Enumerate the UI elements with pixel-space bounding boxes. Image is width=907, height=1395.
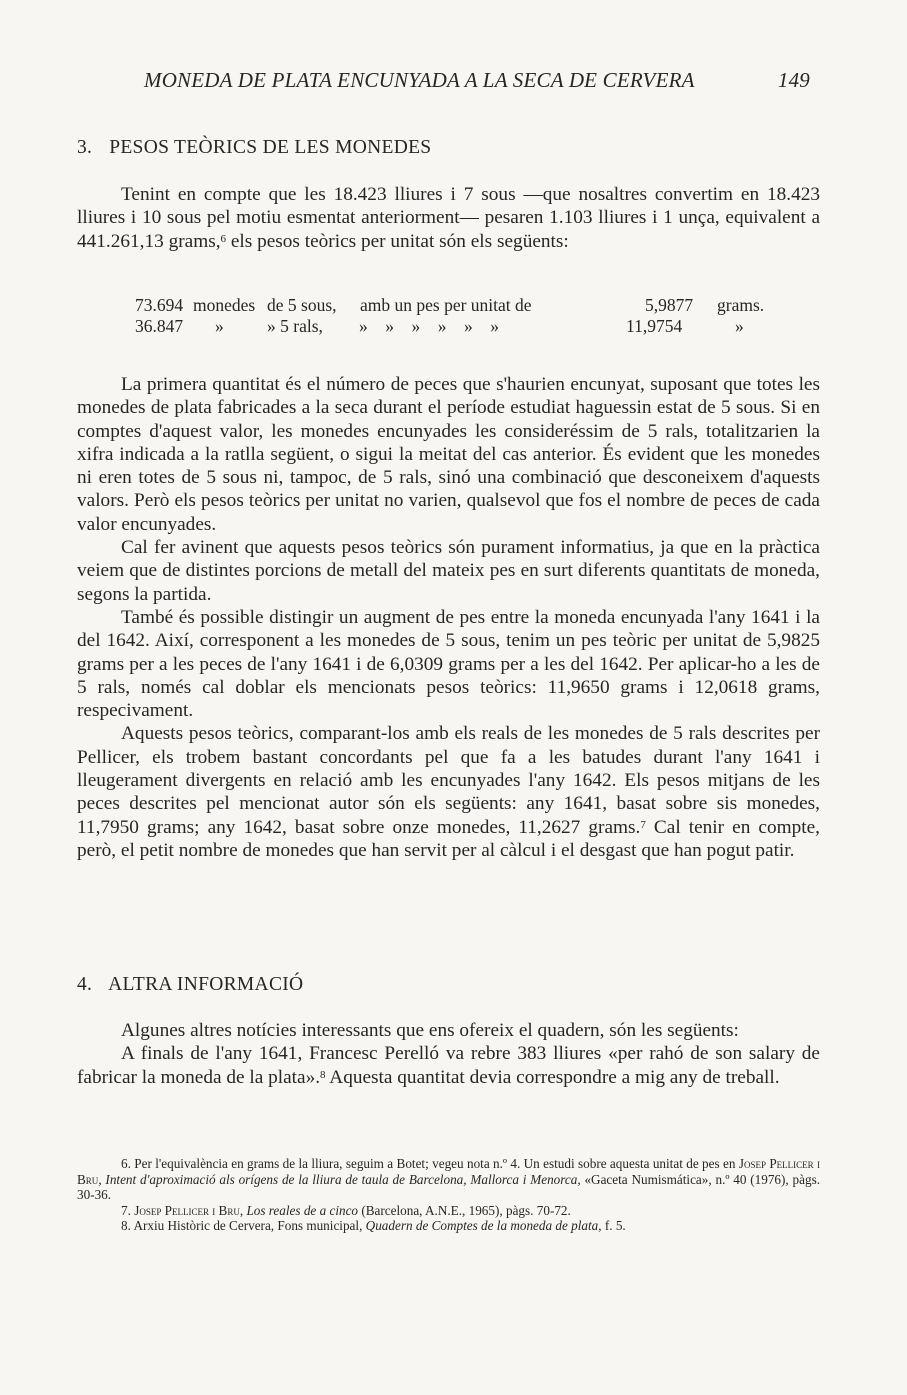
- section-3-body: La primera quantitat és el número de pec…: [77, 373, 820, 862]
- footnote-ref-8[interactable]: 8: [320, 1069, 326, 1081]
- section-3-intro: Tenint en compte que les 18.423 lliures …: [77, 183, 820, 253]
- footnote-title: Los reales de a cinco: [246, 1203, 358, 1218]
- body-paragraph: La primera quantitat és el número de pec…: [77, 373, 820, 536]
- section-4-heading: 4. ALTRA INFORMACIÓ: [77, 974, 303, 996]
- footnote-title: Quadern de Comptes de la moneda de plata: [366, 1218, 599, 1233]
- section-title: ALTRA INFORMACIÓ: [108, 974, 303, 995]
- section-3-heading: 3. PESOS TEÒRICS DE LES MONEDES: [77, 137, 431, 159]
- footnote-author: Josep Pellicer i Bru: [134, 1203, 240, 1218]
- body-paragraph: Algunes altres notícies interessants que…: [77, 1019, 820, 1042]
- intro-paragraph: Tenint en compte que les 18.423 lliures …: [77, 183, 820, 253]
- body-paragraph: A finals de l'any 1641, Francesc Perelló…: [77, 1042, 820, 1089]
- footnotes: 6. Per l'equivalència en grams de la lli…: [77, 1156, 820, 1234]
- footnote-title: Intent d'aproximació als orígens de la l…: [105, 1172, 577, 1187]
- footnote-ref-6[interactable]: 6: [221, 233, 227, 245]
- body-paragraph: Cal fer avinent que aquests pesos teòric…: [77, 536, 820, 606]
- running-title: MONEDA DE PLATA ENCUNYADA A LA SECA DE C…: [144, 68, 695, 93]
- body-paragraph: També és possible distingir un augment d…: [77, 606, 820, 722]
- footnote-7: 7. Josep Pellicer i Bru, Los reales de a…: [77, 1203, 820, 1219]
- footnote-ref-7[interactable]: 7: [640, 819, 646, 831]
- section-number: 4.: [77, 974, 104, 996]
- body-paragraph: Aquests pesos teòrics, comparant-los amb…: [77, 722, 820, 862]
- footnote-8: 8. Arxiu Històric de Cervera, Fons munic…: [77, 1218, 820, 1234]
- footnote-6: 6. Per l'equivalència en grams de la lli…: [77, 1156, 820, 1203]
- page-number: 149: [778, 68, 810, 93]
- section-4-body: Algunes altres notícies interessants que…: [77, 1019, 820, 1089]
- section-title: PESOS TEÒRICS DE LES MONEDES: [109, 137, 431, 158]
- section-number: 3.: [77, 137, 104, 159]
